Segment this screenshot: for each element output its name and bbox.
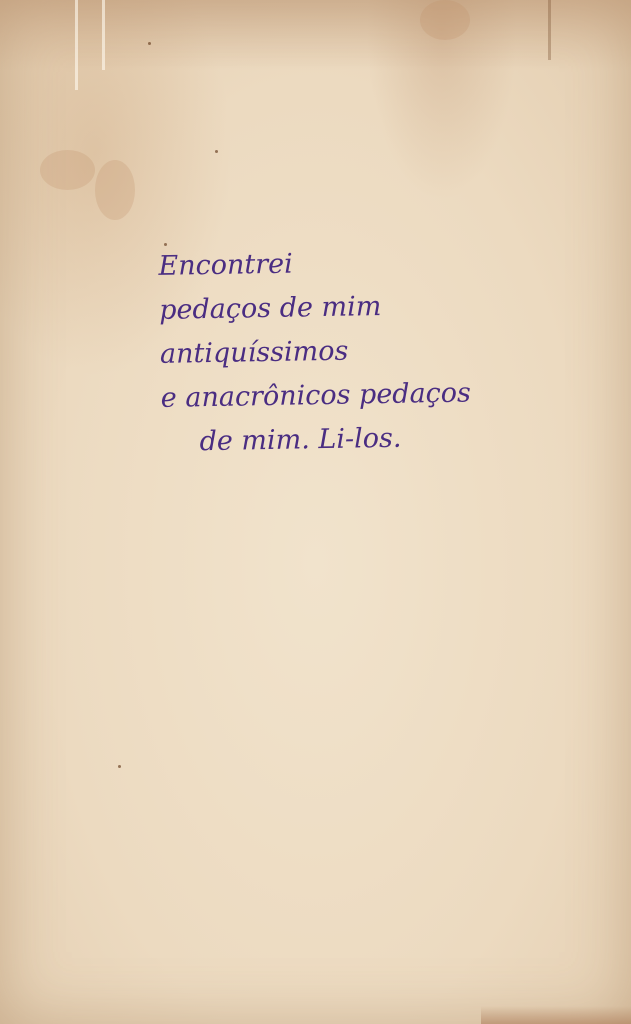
water-stain — [95, 160, 135, 220]
speck — [118, 765, 121, 768]
aged-paper-sheet: Encontrei pedaços de mim antiquíssimos e… — [0, 0, 631, 1024]
note-line-5: de mim. Li-los. — [161, 415, 492, 465]
speck — [215, 150, 218, 153]
speck — [148, 42, 151, 45]
note-line-3: antiquíssimos — [160, 327, 491, 377]
note-line-2: pedaços de mim — [159, 283, 490, 333]
top-discoloration — [0, 0, 631, 70]
note-line-1: Encontrei — [158, 239, 489, 289]
note-line-4: e anacrônicos pedaços — [160, 371, 491, 421]
crease-mark — [102, 0, 105, 70]
water-stain — [420, 0, 470, 40]
water-stain — [40, 150, 95, 190]
bottom-edge-wear — [481, 1006, 631, 1024]
handwritten-note: Encontrei pedaços de mim antiquíssimos e… — [158, 239, 492, 465]
crease-mark — [548, 0, 551, 60]
crease-mark — [75, 0, 78, 90]
